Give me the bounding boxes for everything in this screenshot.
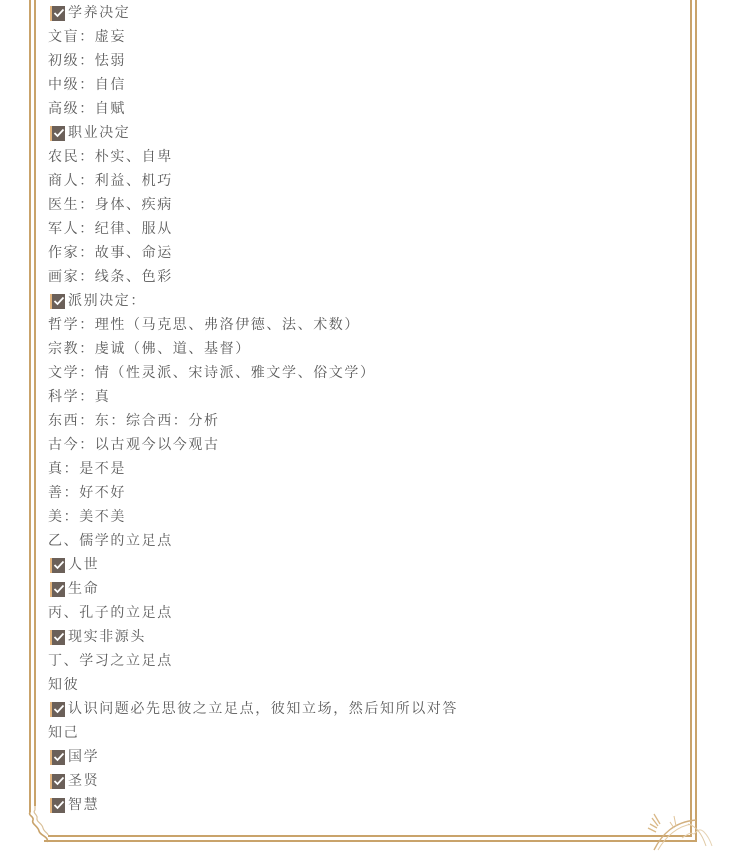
list-item-label: 善：好不好 bbox=[48, 481, 126, 505]
list-item-checked: 现实非源头 bbox=[48, 625, 678, 649]
list-item-label: 美：美不美 bbox=[48, 505, 126, 529]
list-item: 知己 bbox=[48, 721, 678, 745]
list-item-label: 知己 bbox=[48, 721, 79, 745]
checked-checkbox-icon[interactable] bbox=[50, 750, 65, 765]
checked-checkbox-icon[interactable] bbox=[50, 6, 65, 21]
checked-checkbox-icon[interactable] bbox=[50, 798, 65, 813]
list-item-label: 农民：朴实、自卑 bbox=[48, 145, 173, 169]
list-item: 作家：故事、命运 bbox=[48, 241, 678, 265]
list-item: 农民：朴实、自卑 bbox=[48, 145, 678, 169]
list-item: 文学：情（性灵派、宋诗派、雅文学、俗文学） bbox=[48, 361, 678, 385]
list-item-checked: 人世 bbox=[48, 553, 678, 577]
wheat-ornament-icon bbox=[644, 812, 714, 851]
frame-bottom-outer-line bbox=[44, 840, 697, 842]
list-item-label: 现实非源头 bbox=[68, 625, 146, 649]
list-item: 商人：利益、机巧 bbox=[48, 169, 678, 193]
outline-list: 学养决定 文盲：虚妄 初级：怯弱 中级：自信 高级：自赋 职业决定 农民：朴实、… bbox=[48, 1, 678, 817]
list-item: 医生：身体、疾病 bbox=[48, 193, 678, 217]
frame-left-outer-line bbox=[29, 0, 31, 812]
list-item-label: 认识问题必先思彼之立足点，彼知立场，然后知所以对答 bbox=[68, 697, 458, 721]
section-heading: 丙、孔子的立足点 bbox=[48, 601, 678, 625]
section-heading: 丁、学习之立足点 bbox=[48, 649, 678, 673]
list-item-label: 画家：线条、色彩 bbox=[48, 265, 173, 289]
frame-right-outer-line bbox=[695, 0, 697, 840]
list-item-label: 东西：东：综合西：分析 bbox=[48, 409, 220, 433]
list-item: 中级：自信 bbox=[48, 73, 678, 97]
list-item-label: 圣贤 bbox=[68, 769, 99, 793]
checked-checkbox-icon[interactable] bbox=[50, 774, 65, 789]
list-item-label: 科学：真 bbox=[48, 385, 110, 409]
list-item-label: 作家：故事、命运 bbox=[48, 241, 173, 265]
list-item-label: 派别决定： bbox=[68, 289, 146, 313]
list-item-checked: 职业决定 bbox=[48, 121, 678, 145]
list-item-checked: 生命 bbox=[48, 577, 678, 601]
list-item-label: 生命 bbox=[68, 577, 99, 601]
list-item-checked: 认识问题必先思彼之立足点，彼知立场，然后知所以对答 bbox=[48, 697, 678, 721]
list-item-label: 知彼 bbox=[48, 673, 79, 697]
list-item: 哲学：理性（马克思、弗洛伊德、法、术数） bbox=[48, 313, 678, 337]
list-item-label: 人世 bbox=[68, 553, 99, 577]
list-item-checked: 智慧 bbox=[48, 793, 678, 817]
list-item: 善：好不好 bbox=[48, 481, 678, 505]
list-item-label: 丁、学习之立足点 bbox=[48, 649, 173, 673]
list-item-label: 学养决定 bbox=[68, 1, 130, 25]
list-item: 美：美不美 bbox=[48, 505, 678, 529]
list-item-checked: 国学 bbox=[48, 745, 678, 769]
list-item-label: 乙、儒学的立足点 bbox=[48, 529, 173, 553]
list-item-label: 智慧 bbox=[68, 793, 99, 817]
list-item-checked: 派别决定： bbox=[48, 289, 678, 313]
list-item-label: 哲学：理性（马克思、弗洛伊德、法、术数） bbox=[48, 313, 360, 337]
list-item: 科学：真 bbox=[48, 385, 678, 409]
list-item-label: 医生：身体、疾病 bbox=[48, 193, 173, 217]
list-item-label: 军人：纪律、服从 bbox=[48, 217, 173, 241]
checked-checkbox-icon[interactable] bbox=[50, 702, 65, 717]
checked-checkbox-icon[interactable] bbox=[50, 558, 65, 573]
checked-checkbox-icon[interactable] bbox=[50, 294, 65, 309]
list-item-label: 宗教：虔诚（佛、道、基督） bbox=[48, 337, 251, 361]
list-item: 初级：怯弱 bbox=[48, 49, 678, 73]
list-item-label: 国学 bbox=[68, 745, 99, 769]
checked-checkbox-icon[interactable] bbox=[50, 126, 65, 141]
list-item: 文盲：虚妄 bbox=[48, 25, 678, 49]
list-item: 军人：纪律、服从 bbox=[48, 217, 678, 241]
list-item: 高级：自赋 bbox=[48, 97, 678, 121]
list-item-label: 真：是不是 bbox=[48, 457, 126, 481]
list-item-label: 文盲：虚妄 bbox=[48, 25, 126, 49]
list-item-label: 高级：自赋 bbox=[48, 97, 126, 121]
list-item-label: 商人：利益、机巧 bbox=[48, 169, 173, 193]
list-item-label: 文学：情（性灵派、宋诗派、雅文学、俗文学） bbox=[48, 361, 376, 385]
frame-bottom-inner-line bbox=[48, 835, 692, 837]
list-item: 东西：东：综合西：分析 bbox=[48, 409, 678, 433]
list-item: 画家：线条、色彩 bbox=[48, 265, 678, 289]
frame-right-inner-line bbox=[690, 0, 692, 836]
list-item-label: 初级：怯弱 bbox=[48, 49, 126, 73]
checked-checkbox-icon[interactable] bbox=[50, 582, 65, 597]
list-item-label: 古今：以古观今以今观古 bbox=[48, 433, 220, 457]
list-item: 古今：以古观今以今观古 bbox=[48, 433, 678, 457]
list-item-label: 丙、孔子的立足点 bbox=[48, 601, 173, 625]
list-item: 真：是不是 bbox=[48, 457, 678, 481]
list-item-checked: 学养决定 bbox=[48, 1, 678, 25]
checked-checkbox-icon[interactable] bbox=[50, 630, 65, 645]
section-heading: 乙、儒学的立足点 bbox=[48, 529, 678, 553]
list-item-label: 中级：自信 bbox=[48, 73, 126, 97]
list-item-checked: 圣贤 bbox=[48, 769, 678, 793]
list-item: 知彼 bbox=[48, 673, 678, 697]
list-item-label: 职业决定 bbox=[68, 121, 130, 145]
frame-left-inner-line bbox=[34, 0, 36, 806]
list-item: 宗教：虔诚（佛、道、基督） bbox=[48, 337, 678, 361]
